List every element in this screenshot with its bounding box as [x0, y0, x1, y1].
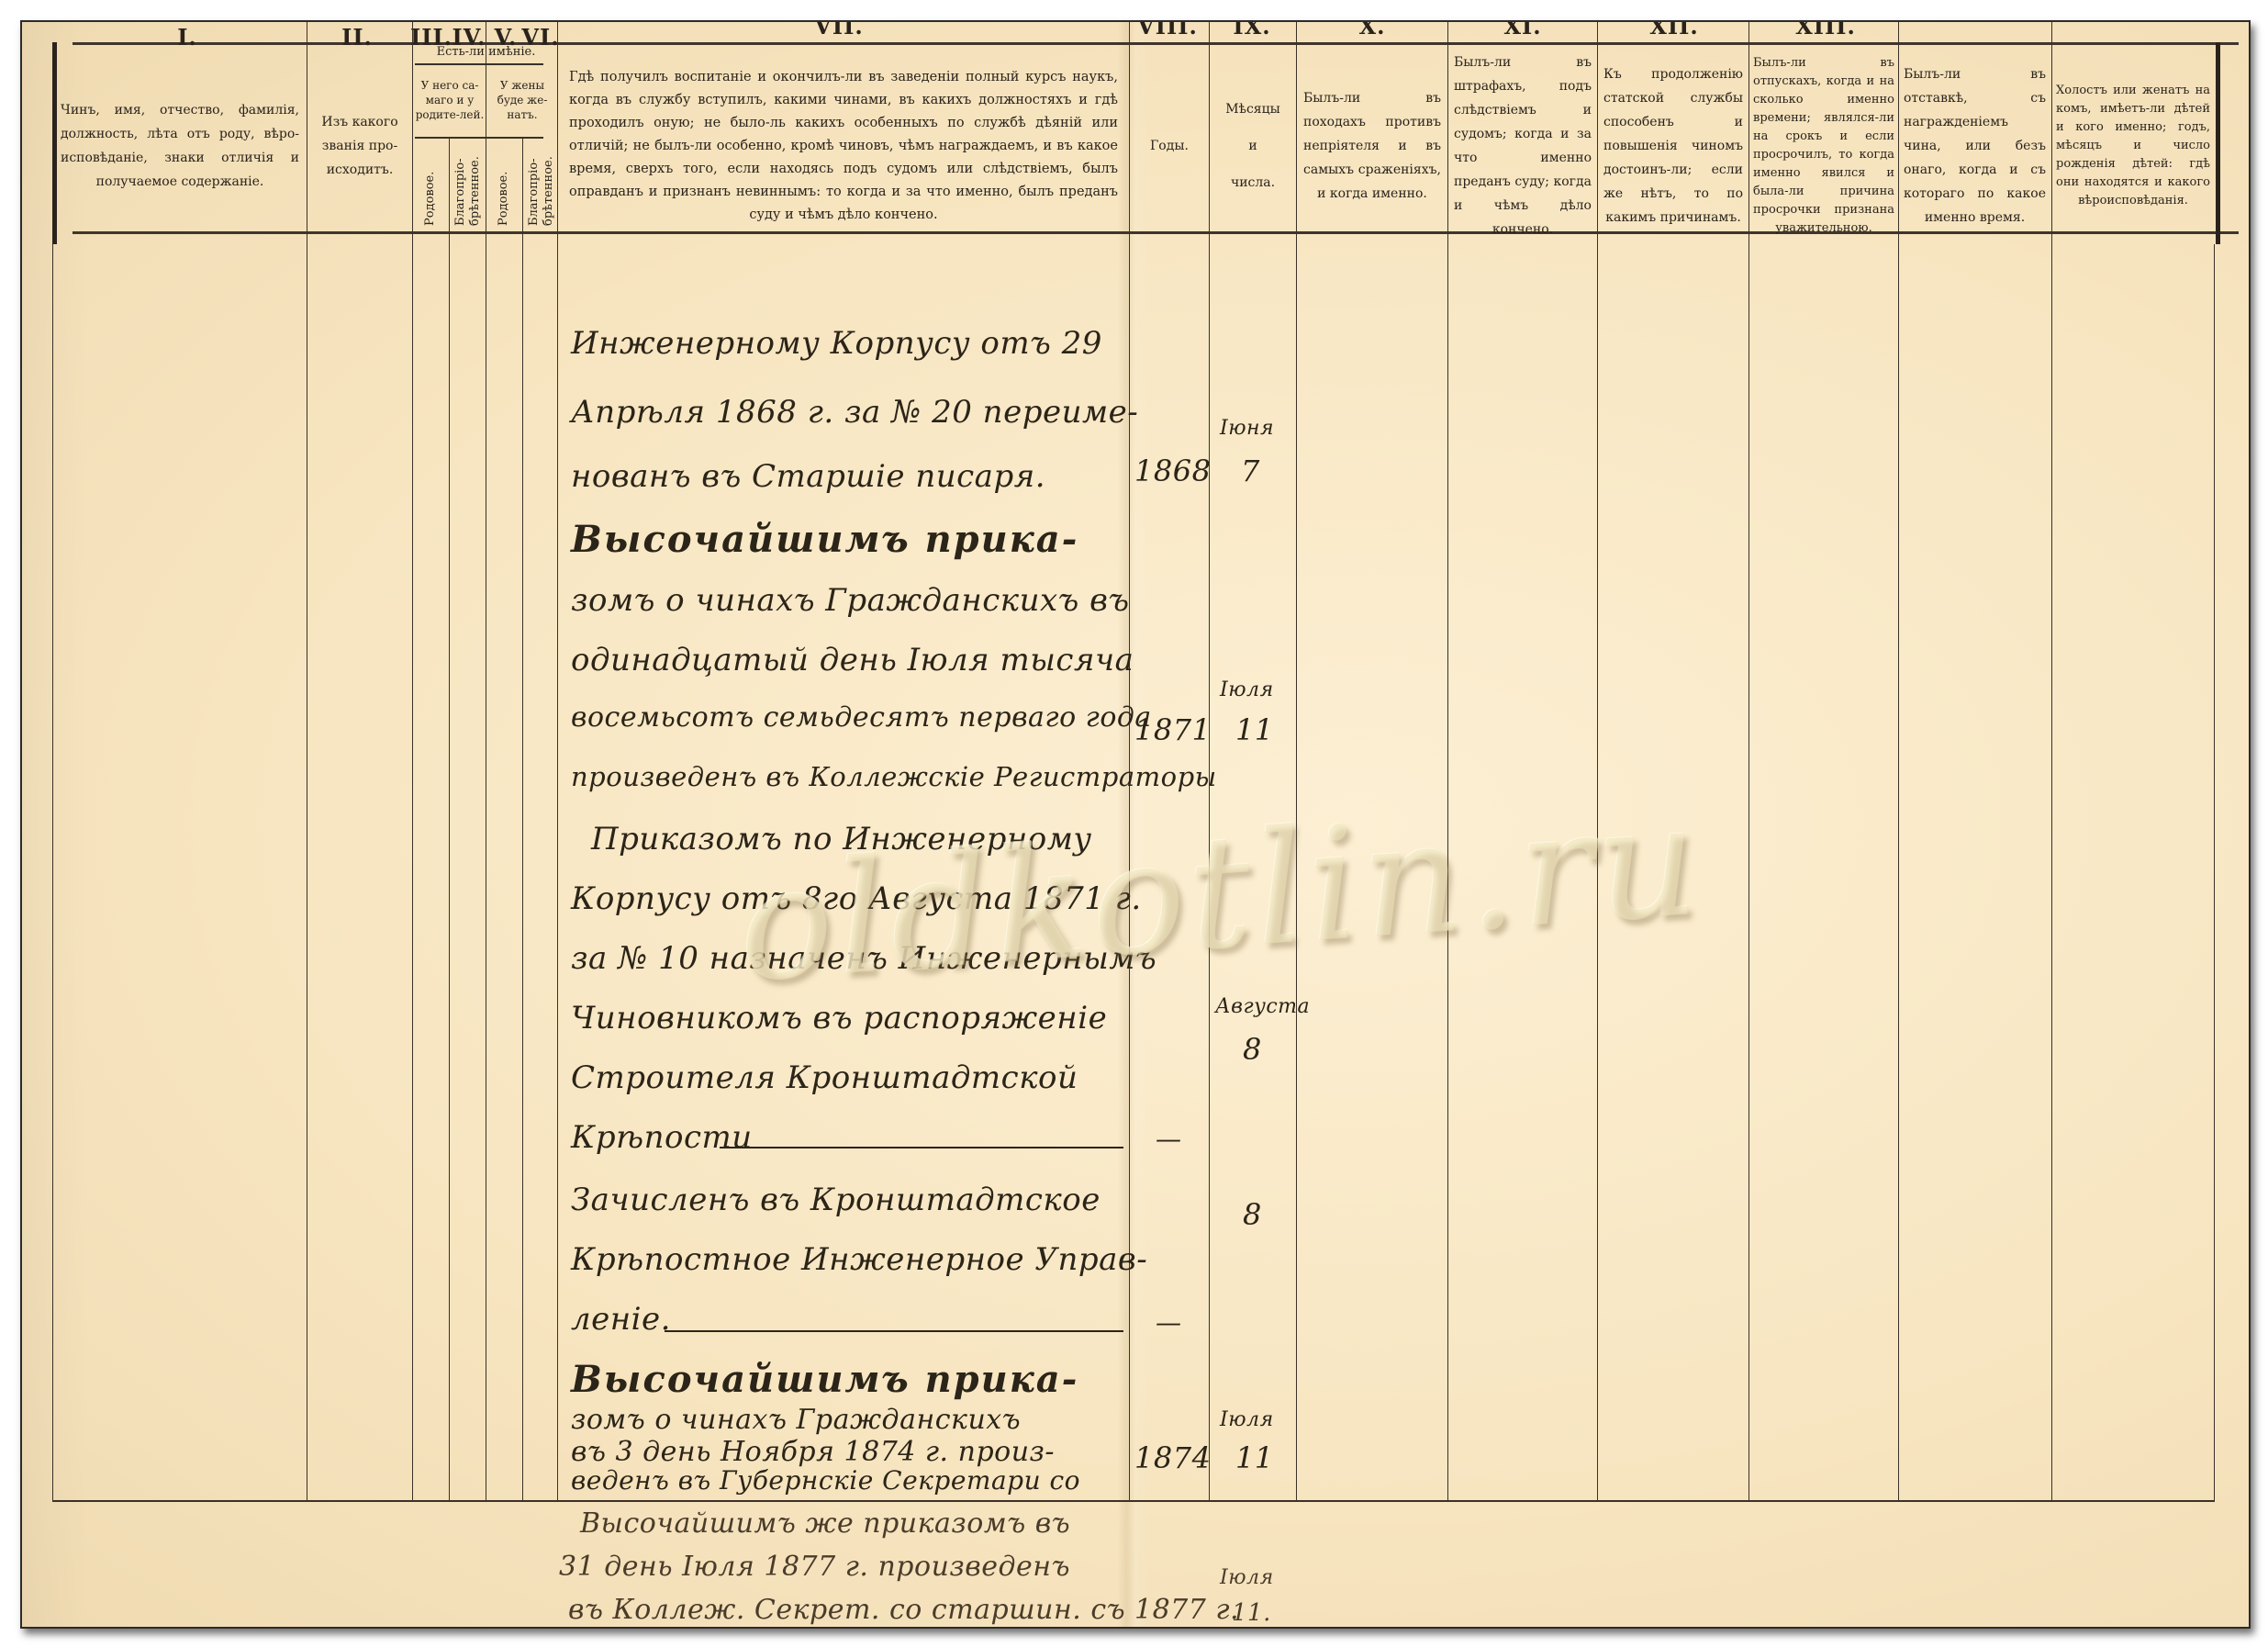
col-line-6: [557, 22, 558, 1500]
header-col7-service: Гдѣ получилъ воспитаніе и окончилъ-ли въ…: [569, 68, 1118, 224]
header-numbers-divider: [73, 42, 2239, 45]
column-number-1: I.: [177, 24, 197, 50]
month-3: Августа: [1215, 995, 1310, 1018]
day-4: 8: [1243, 1197, 1262, 1232]
year-dash-1: —: [1156, 1124, 1182, 1154]
col-line-4: [486, 22, 486, 1500]
entry-line-8: произведенъ въ Коллежскіе Регистраторы: [571, 761, 1217, 792]
estate-sub-rule: [415, 137, 543, 139]
entry-line-14-fill: [720, 1147, 1123, 1148]
entry-line-19: зомъ о чинахъ Гражданскихъ: [571, 1404, 1021, 1436]
addendum-line-2: 31 день Іюля 1877 г. произведенъ: [559, 1551, 1070, 1583]
header-col10-campaigns: Былъ-ли въ походахъ противъ непріятеля и…: [1303, 77, 1441, 215]
header-bottom-rule: [73, 231, 2239, 234]
entry-line-17: леніе.: [571, 1301, 671, 1338]
year-1871: 1871: [1134, 712, 1211, 747]
addendum-month: Іюля: [1220, 1566, 1274, 1589]
header-col14-retirement: Былъ-ли въ отставкѣ, съ награжденіемъ чи…: [1904, 73, 2046, 219]
entry-line-14: Крѣпости: [571, 1119, 753, 1156]
entry-line-15: Зачисленъ въ Кронштадтское: [571, 1182, 1100, 1218]
column-number-11: XI.: [1503, 20, 1541, 39]
header-col3-hereditary: Родовое.: [423, 151, 438, 226]
entry-line-10: Корпусу отъ 8го Августа 1871 г.: [571, 880, 1142, 917]
day-2: 11: [1235, 712, 1274, 747]
header-estate-wife: У жены буде же-натъ.: [487, 64, 557, 136]
year-1868: 1868: [1134, 454, 1211, 488]
addendum-line-1: Высочайшимъ же приказомъ въ: [580, 1507, 1070, 1540]
left-margin-rule: [52, 42, 57, 244]
col-line-9: [1296, 22, 1297, 1500]
col-line-5: [522, 137, 523, 1500]
header-estate-group: Есть-ли имѣніе.: [415, 42, 557, 62]
entry-line-3: нованъ въ Старшіе писаря.: [571, 458, 1045, 495]
column-number-2: II.: [341, 24, 373, 50]
entry-line-11: за № 10 назначенъ Инженернымъ: [571, 940, 1156, 977]
header-col9-line2: и: [1248, 134, 1257, 158]
entry-line-18: Высочайшимъ прика-: [571, 1358, 1078, 1401]
document-frame: I. II. III. IV. V. VI. VII. VIII. IX. X.…: [20, 20, 2251, 1629]
addendum-line-3: въ Коллеж. Секрет. со старшин. съ: [568, 1594, 1125, 1626]
header-col9-line1: Мѣсяцы: [1225, 97, 1280, 121]
col-line-13: [1898, 22, 1899, 1500]
month-2: Іюля: [1220, 678, 1274, 701]
col-line-3: [449, 137, 450, 1500]
column-number-7: VII.: [814, 20, 863, 39]
header-col15-family: Холостъ или женатъ на комъ, имѣетъ-ли дѣ…: [2056, 63, 2210, 229]
column-number-12: XII.: [1649, 20, 1698, 39]
right-margin-rule: [2216, 42, 2220, 244]
day-3: 8: [1243, 1032, 1262, 1067]
header-col8-years: Годы.: [1131, 77, 1208, 215]
entry-line-9: Приказомъ по Инженерному: [591, 821, 1092, 857]
addendum-year: 1877 г.: [1134, 1594, 1239, 1626]
col-line-11: [1597, 22, 1598, 1500]
paper-background: [22, 22, 2249, 1627]
col-line-14: [2051, 22, 2052, 1500]
entry-line-7: восемьсотъ семьдесятъ перваго года: [571, 701, 1152, 734]
entry-line-13: Строителя Кронштадтской: [571, 1059, 1078, 1096]
entry-line-5: зомъ о чинахъ Гражданскихъ въ: [571, 582, 1130, 619]
header-col6-acquired: Благопріо-брѣтенное.: [527, 143, 556, 226]
column-number-9: IX.: [1233, 20, 1270, 39]
col-line-12: [1748, 22, 1749, 1500]
header-col4-acquired: Благопріо-брѣтенное.: [453, 143, 483, 226]
entry-line-20: въ 3 день Ноября 1874 г. произ-: [571, 1436, 1055, 1468]
col-line-15: [2214, 244, 2215, 1500]
entry-line-1: Инженерному Корпусу отъ 29: [571, 325, 1102, 362]
header-col1-rank-name: Чинъ, имя, отчество, фамилія, должность,…: [61, 77, 299, 215]
month-5: Іюля: [1220, 1408, 1274, 1431]
entry-line-21: веденъ въ Губернскіе Секретари со: [571, 1465, 1080, 1496]
col-line-2: [412, 22, 413, 1500]
column-number-10: X.: [1359, 20, 1386, 39]
header-col9-line3: числа.: [1231, 171, 1275, 195]
addendum-day: 11.: [1232, 1599, 1271, 1627]
day-1: 7: [1241, 454, 1260, 488]
column-number-8: VIII.: [1137, 20, 1198, 39]
header-col11-penalties: Былъ-ли въ штрафахъ, подъ слѣдствіемъ и …: [1454, 73, 1592, 219]
year-dash-2: —: [1156, 1307, 1182, 1338]
header-col5-hereditary: Родовое.: [497, 151, 511, 226]
header-col13-leave: Былъ-ли въ отпускахъ, когда и на сколько…: [1753, 63, 1894, 229]
header-col9-months: Мѣсяцы и числа.: [1212, 77, 1294, 215]
column-number-13: XIII.: [1795, 20, 1856, 39]
header-col2-origin: Изъ какого званія про-исходитъ.: [314, 77, 406, 215]
entry-line-6: одинадцатый день Іюля тысяча: [571, 642, 1134, 678]
entry-line-12: Чиновникомъ въ распоряженіе: [571, 1000, 1107, 1036]
header-estate-self: У него са-маго и у родите-лей.: [415, 64, 485, 136]
header-col12-fitness: Къ продолженію статской службы способенъ…: [1603, 73, 1743, 219]
col-line-1: [307, 22, 307, 1500]
entry-line-17-fill: [665, 1330, 1123, 1332]
table-bottom-rule: [52, 1500, 2215, 1502]
col-line-10: [1447, 22, 1448, 1500]
entry-line-16: Крѣпостное Инженерное Управ-: [571, 1241, 1147, 1278]
year-1874: 1874: [1134, 1440, 1211, 1475]
col-line-0: [52, 244, 53, 1500]
entry-line-2: Апрѣля 1868 г. за № 20 переиме-: [571, 394, 1138, 431]
day-5: 11: [1235, 1440, 1274, 1475]
entry-line-4: Высочайшимъ прика-: [571, 518, 1078, 561]
month-1: Іюня: [1220, 417, 1274, 440]
